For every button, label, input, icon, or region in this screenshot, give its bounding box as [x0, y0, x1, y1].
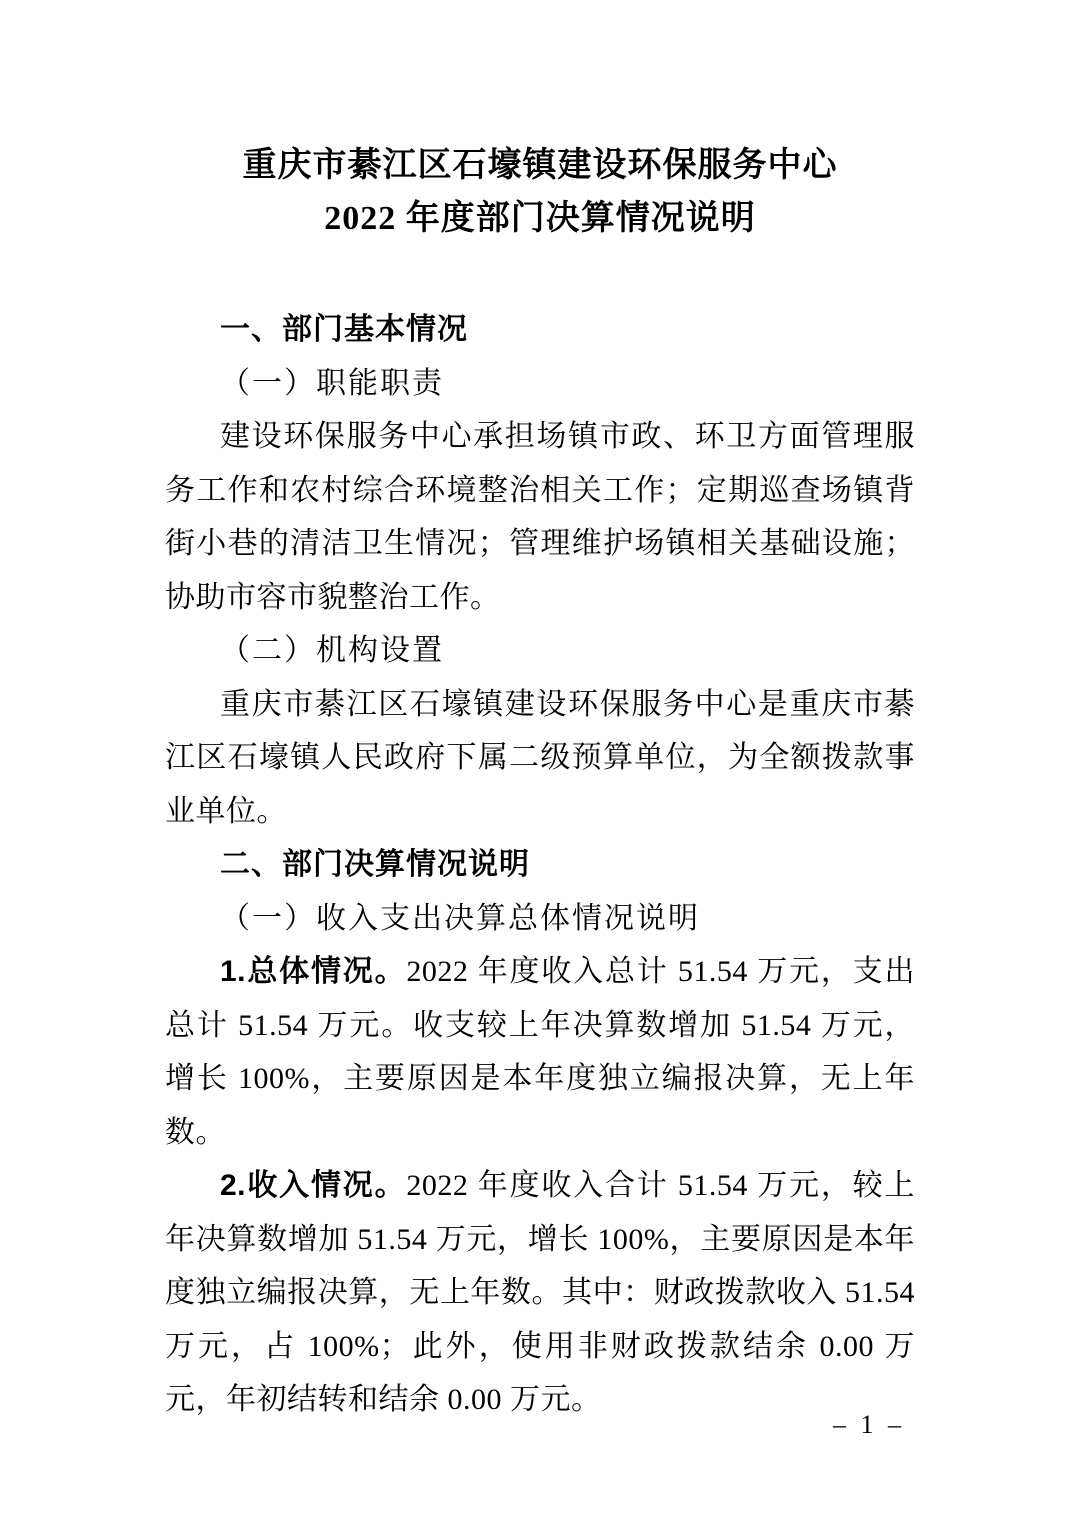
section2-heading: 二、部门决算情况说明 — [165, 838, 915, 892]
document-content: 重庆市綦江区石壕镇建设环保服务中心 2022 年度部门决算情况说明 一、部门基本… — [165, 139, 915, 1427]
page-number: – 1 – — [833, 1408, 905, 1442]
document-title-line1: 重庆市綦江区石壕镇建设环保服务中心 — [165, 139, 915, 192]
section2-para-income: 2.收入情况。2022 年度收入合计 51.54 万元，较上年决算数增加 51.… — [165, 1159, 915, 1427]
document-page: 重庆市綦江区石壕镇建设环保服务中心 2022 年度部门决算情况说明 一、部门基本… — [0, 0, 1075, 1521]
section1-sub1-heading: （一）职能职责 — [165, 357, 915, 411]
section2-sub1-heading: （一）收入支出决算总体情况说明 — [165, 892, 915, 946]
para-income-lead: 2.收入情况。 — [220, 1169, 406, 1202]
section1-sub2-body: 重庆市綦江区石壕镇建设环保服务中心是重庆市綦江区石壕镇人民政府下属二级预算单位，… — [165, 678, 915, 839]
section1-sub1-body: 建设环保服务中心承担场镇市政、环卫方面管理服务工作和农村综合环境整治相关工作；定… — [165, 410, 915, 624]
document-title-line2: 2022 年度部门决算情况说明 — [165, 192, 915, 245]
section1-heading: 一、部门基本情况 — [165, 303, 915, 357]
para-income-text: 2022 年度收入合计 51.54 万元，较上年决算数增加 51.54 万元，增… — [165, 1169, 915, 1416]
section2-para-overall: 1.总体情况。2022 年度收入总计 51.54 万元，支出总计 51.54 万… — [165, 945, 915, 1159]
section1-sub2-heading: （二）机构设置 — [165, 624, 915, 678]
para-overall-lead: 1.总体情况。 — [220, 955, 406, 988]
